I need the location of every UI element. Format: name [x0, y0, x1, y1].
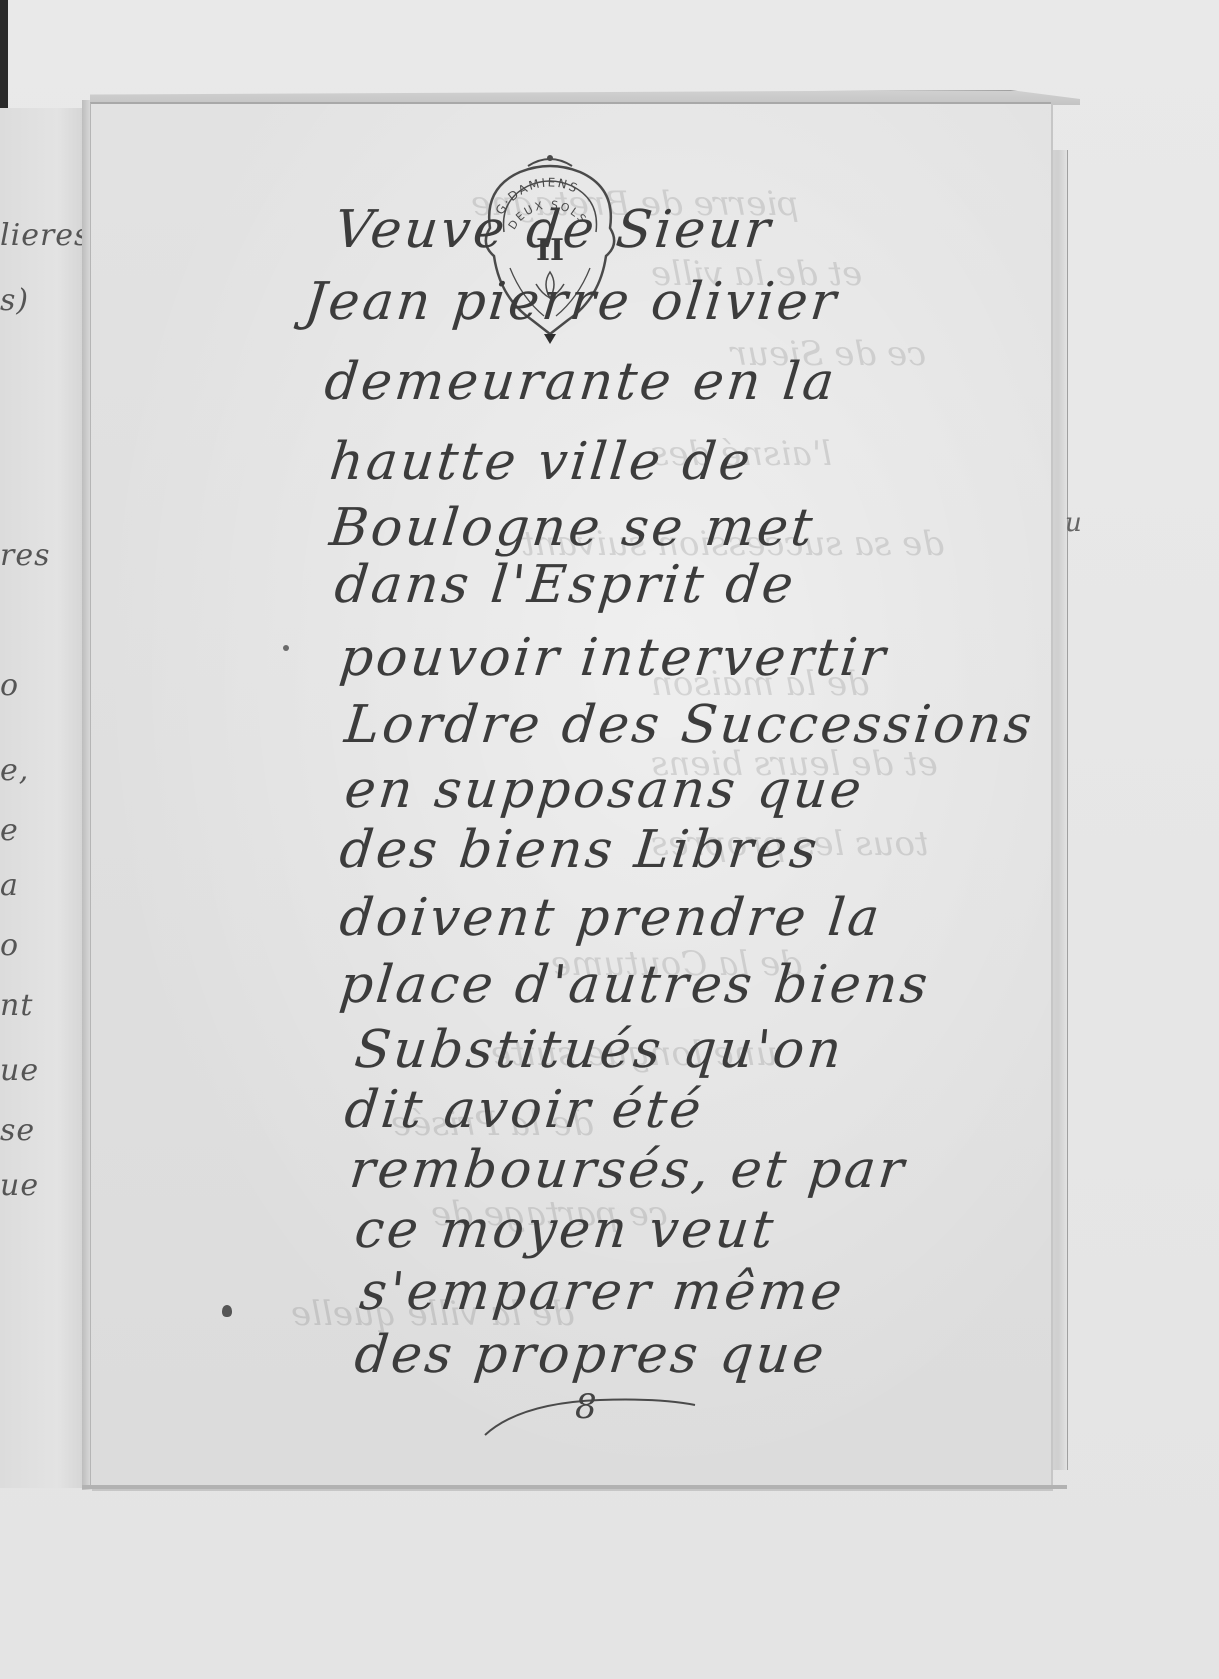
- paper-hole: [222, 1305, 232, 1317]
- left-fragment: ue: [0, 1168, 39, 1203]
- scan-dark-edge: [0, 0, 8, 110]
- text-line: Jean pierre olivier: [302, 272, 842, 332]
- left-fragment: o: [0, 928, 19, 963]
- left-fragment: e: [0, 813, 19, 848]
- left-fragment: s): [0, 283, 29, 318]
- text-line: des biens Libres: [337, 820, 823, 880]
- margin-mark: u: [1065, 508, 1082, 538]
- text-line: doivent prendre la: [337, 888, 885, 948]
- left-fragment: a: [0, 868, 19, 903]
- text-line: des propres que: [352, 1325, 830, 1385]
- text-line: s'emparer même: [357, 1262, 848, 1322]
- left-fragment: o: [0, 668, 19, 703]
- catchword-flourish: 8: [480, 1385, 710, 1445]
- text-line: pouvoir intervertir: [337, 628, 891, 688]
- text-line: Substitués qu'on: [352, 1020, 847, 1080]
- text-line: Boulogne se met: [327, 498, 818, 558]
- text-line: remboursés, et par: [347, 1140, 910, 1200]
- text-line: dit avoir été: [342, 1080, 707, 1140]
- left-page: lieres s) res o e, e a o nt ue se ue: [0, 108, 83, 1488]
- text-line: demeurante en la: [322, 352, 840, 412]
- text-line: ce moyen veut: [352, 1200, 779, 1260]
- catchword-number: 8: [575, 1387, 597, 1427]
- page-bottom-edge: [82, 1485, 1067, 1489]
- left-fragment: res: [0, 538, 51, 573]
- left-fragment: e,: [0, 753, 29, 788]
- left-fragment: ue: [0, 1053, 39, 1088]
- left-fragment: se: [0, 1113, 35, 1148]
- text-line: hautte ville de: [327, 432, 756, 492]
- ink-spot: [283, 645, 289, 651]
- text-line: Veuve de Sieur: [332, 200, 776, 260]
- text-line: place d'autres biens: [337, 955, 933, 1015]
- left-fragment: lieres: [0, 218, 90, 253]
- left-fragment: nt: [0, 988, 33, 1023]
- text-line: dans l'Esprit de: [332, 555, 799, 615]
- text-line: Lordre des Successions: [342, 695, 1037, 755]
- text-line: en supposans que: [342, 760, 867, 820]
